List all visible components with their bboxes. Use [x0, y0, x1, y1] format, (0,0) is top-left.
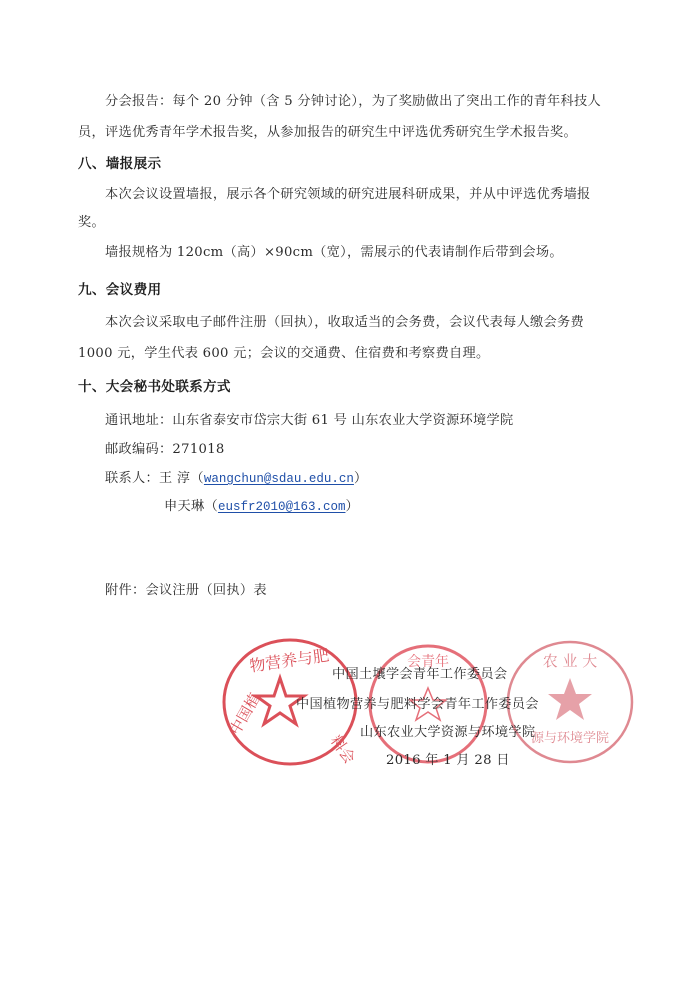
section-9-heading: 九、会议费用 [78, 281, 161, 299]
attachment-note: 附件：会议注册（回执）表 [105, 582, 267, 600]
contact-person-1-label: 联系人：王 淳（ [105, 471, 204, 486]
contact-person-2-email-link[interactable]: eusfr2010@163.com [218, 500, 346, 514]
contact-person-2: 申天琳（eusfr2010@163.com） [164, 498, 359, 516]
document-page: 物营养与肥 中国植 料会 会青年 农 业 大 源与环境学院 分会报告：每个 20… [0, 0, 700, 989]
svg-text:农 业 大: 农 业 大 [543, 652, 598, 670]
contact-person-1-email-link[interactable]: wangchun@sdau.edu.cn [204, 472, 354, 486]
contact-person-2-suffix: ） [345, 499, 359, 514]
section-9-paragraph-line2: 1000 元，学生代表 600 元；会议的交通费、住宿费和考察费自理。 [78, 345, 490, 363]
section-8-heading: 八、墙报展示 [78, 155, 161, 173]
session-report-paragraph-line2: 员，评选优秀青年学术报告奖，从参加报告的研究生中评选优秀研究生学术报告奖。 [78, 124, 577, 142]
svg-text:中国植: 中国植 [226, 690, 264, 738]
contact-person-2-label: 申天琳（ [164, 499, 218, 514]
signature-org-2: 中国植物营养与肥料学会青年工作委员会 [296, 696, 539, 714]
contact-person-1-suffix: ） [354, 471, 368, 486]
section-10-heading: 十、大会秘书处联系方式 [78, 378, 231, 396]
section-9-paragraph-line1: 本次会议采取电子邮件注册（回执），收取适当的会务费，会议代表每人缴会务费 [105, 314, 584, 332]
contact-person-1: 联系人：王 淳（wangchun@sdau.edu.cn） [105, 470, 367, 488]
svg-text:物营养与肥: 物营养与肥 [248, 646, 330, 676]
svg-text:源与环境学院: 源与环境学院 [531, 730, 609, 746]
contact-postcode: 邮政编码：271018 [105, 441, 225, 459]
signature-org-3: 山东农业大学资源与环境学院 [360, 724, 535, 742]
section-8-paragraph1-line1: 本次会议设置墙报，展示各个研究领域的研究进展科研成果，并从中评选优秀墙报 [105, 186, 591, 204]
signature-org-1: 中国土壤学会青年工作委员会 [332, 666, 507, 684]
section-8-paragraph2: 墙报规格为 120cm（高）×90cm（宽），需展示的代表请制作后带到会场。 [105, 244, 563, 262]
session-report-paragraph-line1: 分会报告：每个 20 分钟（含 5 分钟讨论），为了奖励做出了突出工作的青年科技… [105, 93, 601, 111]
contact-address: 通讯地址：山东省泰安市岱宗大街 61 号 山东农业大学资源环境学院 [105, 412, 514, 430]
signature-date: 2016 年 1 月 28 日 [386, 752, 510, 770]
section-8-paragraph1-line2: 奖。 [78, 214, 105, 232]
